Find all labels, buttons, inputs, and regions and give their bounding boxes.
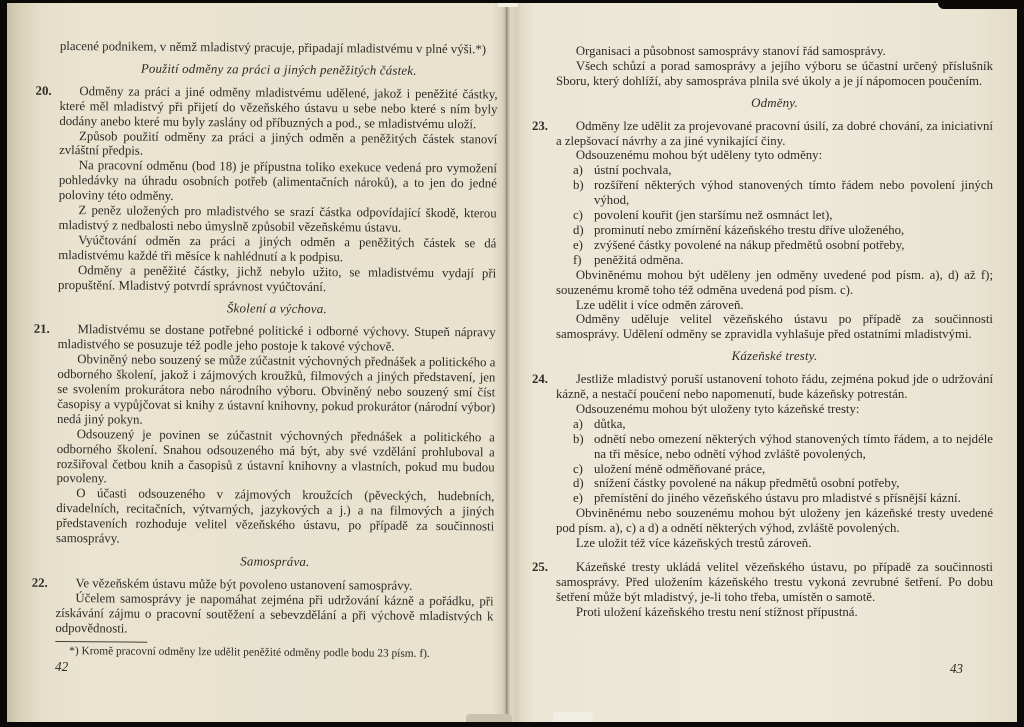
list-text: rozšíření některých výhod stanovených tí… (594, 178, 993, 208)
section-heading-pouziti-odmeny: Použití odměny za práci a jiných peněžit… (60, 61, 498, 79)
list-label: a) (573, 417, 594, 432)
paragraph: Mladistvému se dostane potřebné politick… (58, 322, 496, 355)
paragraph: Způsob použití odměny za práci a jiných … (59, 129, 497, 162)
list-label: e) (573, 491, 594, 506)
paragraph: Účelem samosprávy je napomáhat zejména p… (55, 591, 493, 639)
item-number: 25. (532, 560, 548, 575)
right-page: Organisaci a působnost samosprávy stanov… (506, 3, 1017, 722)
list-text: peněžitá odměna. (594, 253, 993, 268)
list-text: ústní pochvala, (594, 163, 993, 178)
item-number: 23. (532, 119, 548, 134)
list-item: c) uložení méně odměňované práce, (556, 462, 993, 477)
book-scan: { "colors": { "paper_left": "#e8e2cf", "… (0, 0, 1024, 727)
list-label: d) (573, 223, 594, 238)
page-number-left: 42 (55, 659, 68, 675)
left-page: placené podnikem, v němž mladistvý pracu… (7, 3, 506, 722)
list-text: povolení kouřit (jen staršímu než osmnác… (594, 208, 993, 223)
section-heading-odmeny: Odměny. (556, 96, 993, 111)
paragraph: Proti uložení kázeňského trestu není stí… (556, 605, 993, 620)
list-label: e) (573, 238, 594, 253)
list-text: uložení méně odměňované práce, (594, 462, 993, 477)
item-number: 21. (34, 322, 50, 337)
paragraph: Z peněz uložených pro mladistvého se sra… (58, 203, 496, 236)
scan-border-bottom (0, 722, 1024, 727)
scan-border-left (0, 0, 7, 727)
scan-corner-top-right (938, 0, 1024, 9)
right-page-text-block: Organisaci a působnost samosprávy stanov… (556, 44, 993, 620)
list-item: b) odnětí nebo omezení některých výhod s… (556, 432, 993, 462)
section-heading-skoleni-a-vychova: Školení a výchova. (58, 299, 496, 317)
paragraph: Odsouzenému mohou být uloženy tyto kázeň… (556, 402, 993, 417)
list-label: c) (573, 462, 594, 477)
list-item: b) rozšíření některých výhod stanovených… (556, 178, 993, 208)
continuation-paragraph: placené podnikem, v němž mladistvý pracu… (60, 39, 498, 57)
item-number: 22. (32, 576, 48, 591)
paragraph: O účasti odsouzeného v zájmových kroužcí… (56, 486, 494, 549)
list-item: d) snížení částky povolené na nákup před… (556, 476, 993, 491)
list-label: d) (573, 476, 594, 491)
item-21: 21. Mladistvému se dostane potřebné poli… (56, 322, 496, 549)
list-item: f) peněžitá odměna. (556, 253, 993, 268)
scan-border-top (0, 0, 1024, 3)
list-item: e) přemístění do jiného vězeňského ústav… (556, 491, 993, 506)
paragraph: Obviněnému mohou být uděleny jen odměny … (556, 268, 993, 298)
footnote-divider (55, 641, 147, 643)
list-text: snížení částky povolené na nákup předmět… (594, 476, 993, 491)
paragraph: Vyúčtování odměn za práci a jiných odměn… (58, 233, 496, 266)
footnote: *) Kromě pracovní odměny lze udělit peně… (55, 645, 493, 662)
item-20: 20. Odměny za práci a jiné odměny mladis… (58, 84, 498, 296)
list-label: b) (573, 178, 594, 208)
item-number: 20. (36, 84, 52, 99)
list-label: f) (573, 253, 594, 268)
list-item: e) zvýšené částky povolené na nákup před… (556, 238, 993, 253)
paragraph: Odměny a peněžité částky, jichž nebylo u… (58, 263, 496, 296)
list-item: a) ústní pochvala, (556, 163, 993, 178)
paragraph: Lze uložit též více kázeňských trestů zá… (556, 536, 993, 551)
list-text: důtka, (594, 417, 993, 432)
paragraph: Na pracovní odměnu (bod 18) je přípustna… (59, 158, 497, 206)
list-item: c) povolení kouřit (jen staršímu než osm… (556, 208, 993, 223)
item-25: 25. Kázeňské tresty ukládá velitel vězeň… (556, 560, 993, 620)
section-heading-samosprava: Samospráva. (56, 553, 494, 571)
left-page-text-block: placené podnikem, v němž mladistvý pracu… (55, 39, 498, 661)
list-text: přemístění do jiného vězeňského ústavu p… (594, 491, 993, 506)
scan-border-right (1017, 0, 1024, 727)
paragraph: Odměny uděluje velitel vězeňského ústavu… (556, 312, 993, 342)
paragraph: Lze udělit i více odměn zároveň. (556, 298, 993, 313)
paragraph: Všech schůzí a porad samosprávy a jejího… (556, 59, 993, 89)
paragraph: Organisaci a působnost samosprávy stanov… (556, 44, 993, 59)
list-text: zvýšené částky povolené na nákup předmět… (594, 238, 993, 253)
paragraph: Obviněnému nebo souzenému mohou být ulož… (556, 506, 993, 536)
list-text: odnětí nebo omezení některých výhod stan… (594, 432, 993, 462)
paragraph: Odměny lze udělit za projevované pracovn… (556, 119, 993, 149)
item-23: 23. Odměny lze udělit za projevované pra… (556, 119, 993, 343)
paragraph: Jestliže mladistvý poruší ustanovení toh… (556, 372, 993, 402)
list-item: d) prominutí nebo zmírnění kázeňského tr… (556, 223, 993, 238)
list-label: b) (573, 432, 594, 462)
item-number: 24. (532, 372, 548, 387)
paragraph: Odsouzený je povinen se zúčastnit výchov… (56, 427, 494, 490)
paragraph: Obviněný nebo souzený se může zúčastnit … (57, 352, 496, 430)
paragraph: Odsouzenému mohou být uděleny tyto odměn… (556, 148, 993, 163)
list-text: prominutí nebo zmírnění kázeňského trest… (594, 223, 993, 238)
paragraph: Odměny za práci a jiné odměny mladistvém… (59, 84, 497, 132)
section-heading-kazenske-tresty: Kázeňské tresty. (556, 349, 993, 364)
list-item: a) důtka, (556, 417, 993, 432)
list-label: c) (573, 208, 594, 223)
item-24: 24. Jestliže mladistvý poruší ustanovení… (556, 372, 993, 551)
page-number-right: 43 (950, 661, 963, 677)
paragraph: Kázeňské tresty ukládá velitel vězeňskéh… (556, 560, 993, 605)
item-22: 22. Ve vězeňském ústavu může být povolen… (55, 576, 493, 639)
list-label: a) (573, 163, 594, 178)
